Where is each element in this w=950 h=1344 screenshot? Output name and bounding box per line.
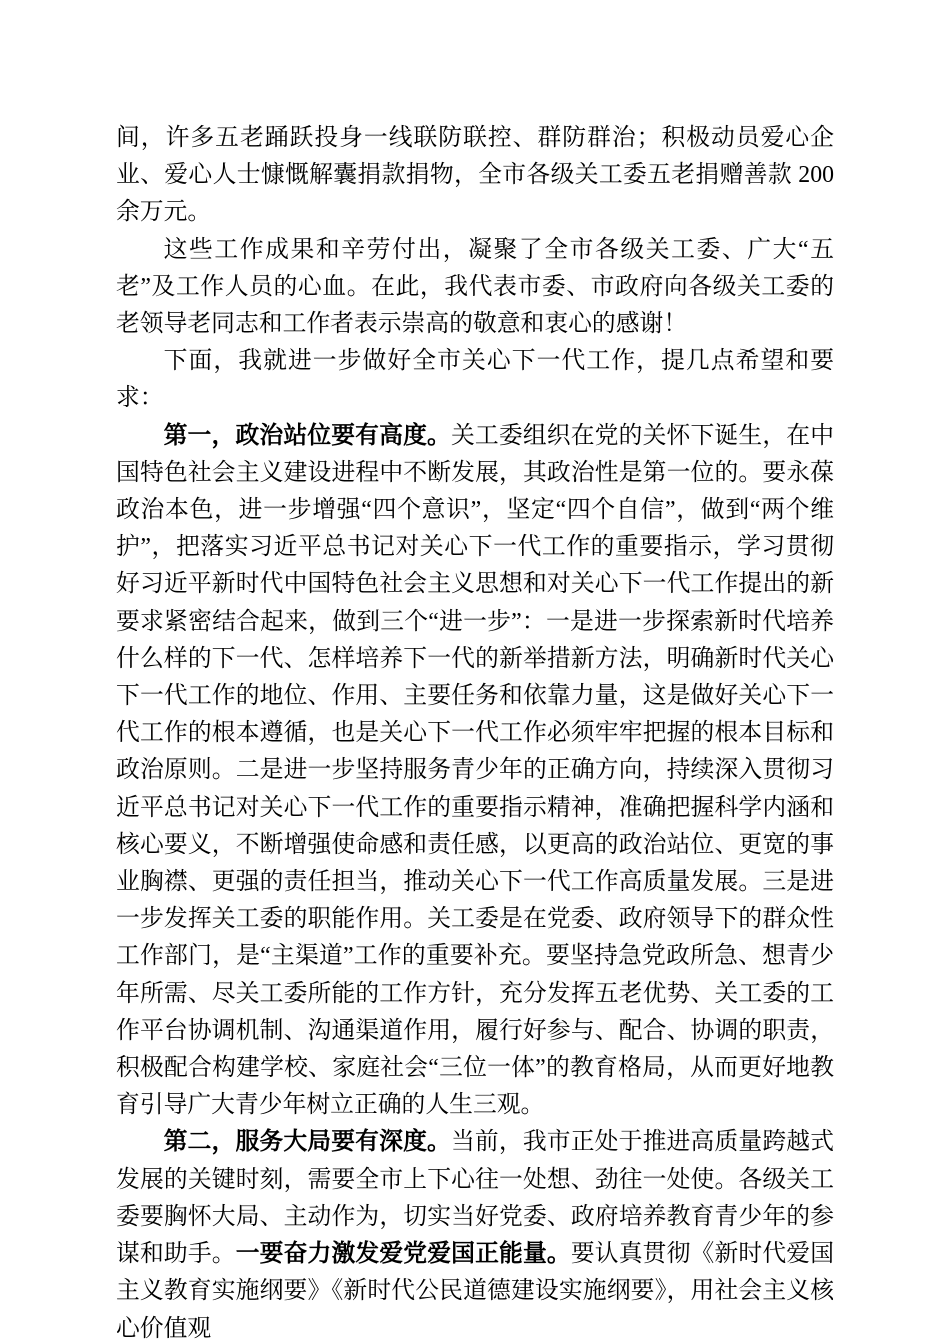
paragraph: 第一，政治站位要有高度。关工委组织在党的关怀下诞生，在中国特色社会主义建设进程中… (116, 418, 834, 1125)
text-run: 下面，我就进一步做好全市关心下一代工作，提几点希望和要求： (116, 348, 834, 411)
text-run-bold: 第一，政治站位要有高度。 (164, 423, 451, 449)
text-run-bold: 一要奋力激发爱党爱国正能量。 (236, 1241, 571, 1267)
paragraph: 下面，我就进一步做好全市关心下一代工作，提几点希望和要求： (116, 343, 834, 417)
paragraph: 间，许多五老踊跃投身一线联防联控、群防群治；积极动员爱心企业、爱心人士慷慨解囊捐… (116, 120, 834, 232)
paragraph: 这些工作成果和辛劳付出，凝聚了全市各级关工委、广大“五老”及工作人员的心血。在此… (116, 232, 834, 344)
document-page: 间，许多五老踊跃投身一线联防联控、群防群治；积极动员爱心企业、爱心人士慷慨解囊捐… (0, 0, 950, 1344)
paragraph: 第二，服务大局要有深度。当前，我市正处于推进高质量跨越式发展的关键时刻，需要全市… (116, 1124, 834, 1344)
document-body: 间，许多五老踊跃投身一线联防联控、群防群治；积极动员爱心企业、爱心人士慷慨解囊捐… (116, 120, 834, 1344)
text-run: 关工委组织在党的关怀下诞生，在中国特色社会主义建设进程中不断发展，其政治性是第一… (116, 423, 834, 1119)
text-run: 这些工作成果和辛劳付出，凝聚了全市各级关工委、广大“五老”及工作人员的心血。在此… (116, 237, 834, 337)
text-run: 间，许多五老踊跃投身一线联防联控、群防群治；积极动员爱心企业、爱心人士慷慨解囊捐… (116, 125, 834, 225)
text-run-bold: 第二，服务大局要有深度。 (164, 1129, 451, 1155)
